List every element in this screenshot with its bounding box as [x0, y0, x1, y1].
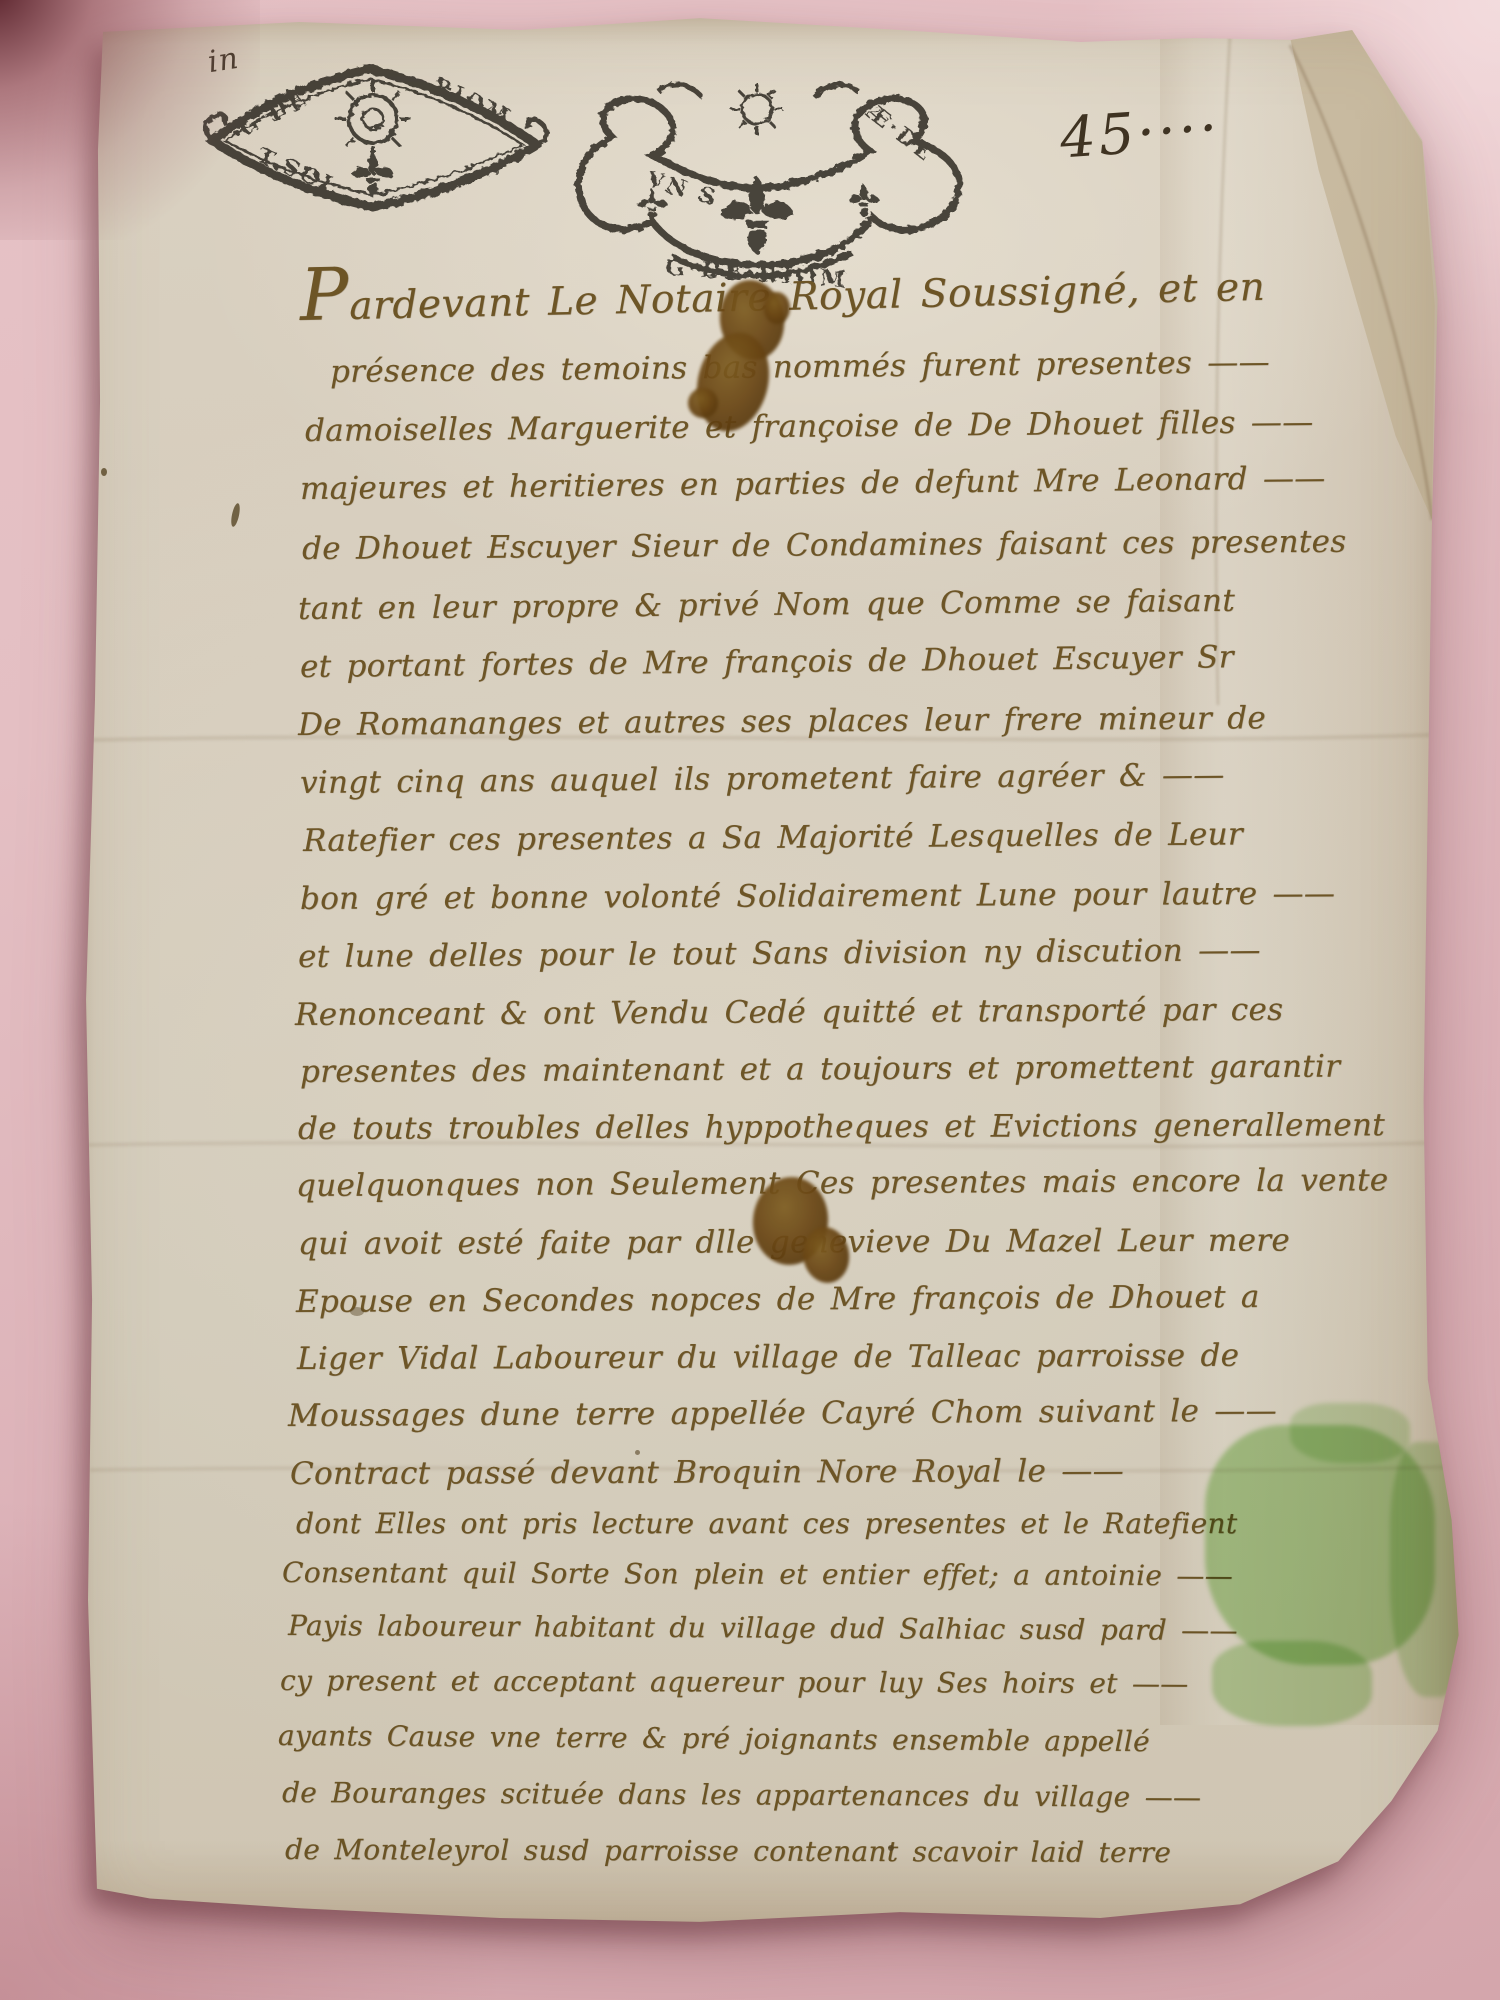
green-stain-lower-lobe [1212, 1641, 1372, 1726]
manuscript-line: ayants Cause vne terre & pré joignants e… [278, 1719, 1150, 1758]
manuscript-line: et portant fortes de Mre françois de Dho… [300, 639, 1234, 685]
manuscript-line: et lune delles pour le tout Sans divisio… [298, 932, 1261, 975]
paper-edge-top [60, 5, 1460, 45]
green-stain-edge [1390, 1442, 1470, 1697]
manuscript-line: de Bouranges scituée dans les appartenan… [282, 1776, 1201, 1814]
manuscript-line: de touts troubles delles hyppotheques et… [298, 1107, 1385, 1147]
ink-speck [230, 503, 242, 528]
margin-ink-mark: in [205, 41, 241, 80]
paper-edge-left [60, 5, 94, 1955]
stamp-right-banner-right: Æ·DE [861, 99, 939, 168]
manuscript-line: De Romananges et autres ses places leur … [298, 700, 1266, 743]
manuscript-line: cy present et acceptant aquereur pour lu… [280, 1664, 1189, 1700]
green-stain-upper-lobe [1290, 1403, 1410, 1463]
stamp-left-banner-top-right: RIOM [429, 72, 516, 131]
manuscript-line: Liger Vidal Laboureur du village de Tall… [297, 1338, 1239, 1377]
photo-of-manuscript: G·DE RIOM T.SOL VN S [0, 0, 1500, 2000]
ink-speck [635, 1450, 640, 1455]
tax-stamp-generalite-left: G·DE RIOM T.SOL [195, 53, 555, 223]
manuscript-line: Payis laboureur habitant du village dud … [288, 1609, 1238, 1647]
manuscript-line: presentes des maintenant et a toujours e… [300, 1049, 1340, 1090]
manuscript-line: bon gré et bonne volonté Solidairement L… [300, 876, 1335, 917]
manuscript-line: Moussages dune terre appellée Cayré Chom… [288, 1393, 1277, 1434]
manuscript-line: de Dhouet Escuyer Sieur de Condamines fa… [302, 524, 1347, 567]
ink-speck [350, 1307, 364, 1316]
manuscript-line: de Monteleyrol susd parroisse contenant … [285, 1833, 1171, 1869]
manuscript-line: Renonceant & ont Vendu Cedé quitté et tr… [295, 992, 1283, 1033]
brown-stain-lower [745, 1165, 905, 1295]
ink-speck [93, 452, 98, 459]
stamp-left-banner-top-left: G·DE [235, 84, 313, 141]
manuscript-line: majeures et heritieres en parties de def… [300, 460, 1326, 507]
brown-stain-upper [680, 270, 870, 450]
paper-shadow-wrap: G·DE RIOM T.SOL VN S [0, 0, 1500, 2000]
page-number: 45···· [1058, 95, 1223, 171]
ink-speck [888, 1845, 894, 1851]
manuscript-line: tant en leur propre & privé Nom que Comm… [298, 583, 1235, 627]
manuscript-line: Consentant quil Sorte Son plein et entie… [282, 1556, 1233, 1592]
manuscript-paper: G·DE RIOM T.SOL VN S [60, 5, 1460, 1955]
manuscript-line: Contract passé devant Broquin Nore Royal… [290, 1453, 1124, 1492]
manuscript-line: Ratefier ces presentes a Sa Majorité Les… [303, 816, 1243, 859]
stamp-left-banner-bottom-left: T.SOL [254, 143, 344, 201]
manuscript-line: dont Elles ont pris lecture avant ces pr… [296, 1507, 1237, 1540]
manuscript-line: vingt cinq ans auquel ils prometent fair… [300, 757, 1225, 801]
ink-speck [101, 468, 107, 476]
